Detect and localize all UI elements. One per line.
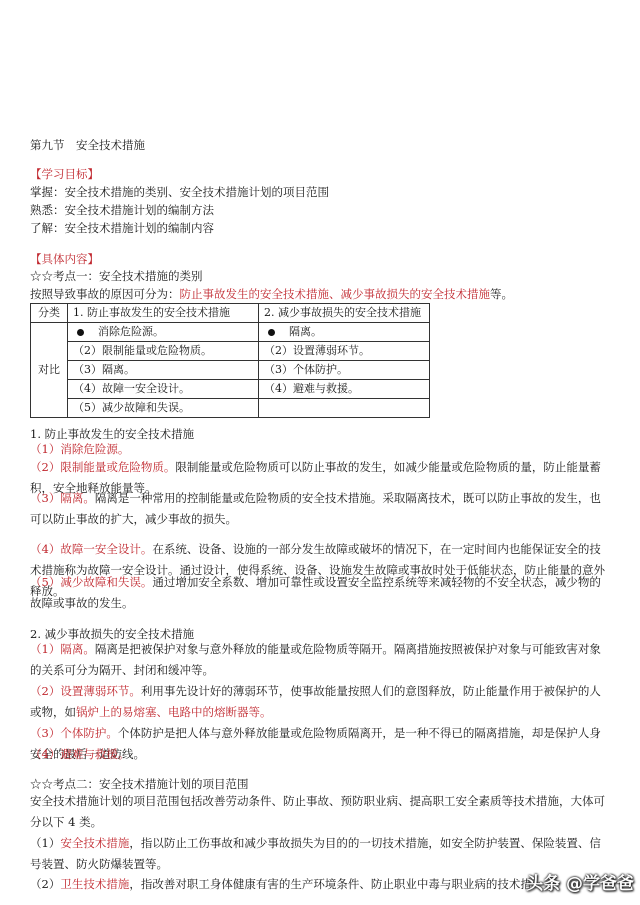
item-text: 隔离是一种常用的控制能量或危险物质的安全技术措施。采取隔离技术，既可以防止事故的…: [30, 491, 601, 526]
header-reduce: 2. 减少事故损失的安全技术措施: [259, 304, 430, 323]
point1-title: ☆☆考点一：安全技术措施的类别: [30, 268, 203, 284]
item-num: （2）: [30, 684, 60, 698]
item-term: 隔离。: [60, 642, 95, 656]
comparison-table: 分类 1. 防止事故发生的安全技术措施 2. 减少事故损失的安全技术措施 对比 …: [30, 303, 430, 418]
item-num: （3）: [30, 491, 60, 505]
sub2-item-1: （1）隔离。隔离是把被保护对象与意外释放的能量或危险物质等隔开。隔离措施按照被保…: [30, 639, 612, 681]
objective-familiar: 熟悉：安全技术措施计划的编制方法: [30, 202, 214, 218]
item-num: （1）: [30, 642, 60, 656]
watermark: 头条 @学爸爸: [526, 869, 634, 894]
item-text: ，指改善对职工身体健康有害的生产环境条件、防止职业中毒与职业病的技术措施等。: [129, 877, 530, 891]
item-term: 故障一安全设计。: [60, 542, 152, 556]
table-cell: 隔离。: [259, 323, 430, 342]
item-term: 限制能量或危险物质。: [60, 460, 175, 474]
cell-text: 消除危险源。: [98, 325, 164, 338]
point2-intro: 安全技术措施计划的项目范围包括改善劳动条件、防止事故、预防职业病、提高职工安全素…: [30, 791, 612, 833]
point2-item-1: （1）安全技术措施，指以防止工伤事故和减少事故损失为目的的一切技术措施，如安全防…: [30, 833, 612, 875]
item-term: 隔离。: [60, 491, 95, 505]
point2-item-2: （2）卫生技术措施，指改善对职工身体健康有害的生产环境条件、防止职业中毒与职业病…: [30, 876, 530, 892]
item-num: （4）: [30, 542, 60, 556]
point2-title: ☆☆考点二：安全技术措施计划的项目范围: [30, 776, 249, 792]
content-heading: 【具体内容】: [30, 251, 99, 267]
intro-suffix: 等。: [490, 287, 513, 301]
header-category: 分类: [31, 304, 68, 323]
bullet-icon: [268, 329, 275, 336]
table-row: （5）减少故障和失误。: [31, 399, 430, 418]
sub1-item-5: （5）减少故障和失误。通过增加安全系数、增加可靠性或设置安全监控系统等来减轻物的…: [30, 572, 612, 614]
header-prevent: 1. 防止事故发生的安全技术措施: [68, 304, 259, 323]
item-term: 消除危险源。: [60, 442, 129, 456]
intro-highlight: 防止事故发生的安全技术措施、减少事故损失的安全技术措施: [180, 287, 491, 301]
table-cell: （4）避难与救援。: [259, 380, 430, 399]
sub2-item-4: （4）避难与救援。: [30, 744, 612, 765]
item-num: （2）: [30, 460, 60, 474]
table-cell: [259, 399, 430, 418]
sub2-item-2: （2）设置薄弱环节。利用事先设计好的薄弱环节，使事故能量按照人们的意图释放，防止…: [30, 681, 612, 723]
item-term: 设置薄弱环节。: [60, 684, 141, 698]
objective-understand: 了解：安全技术措施计划的编制内容: [30, 220, 214, 236]
table-cell: （3）隔离。: [68, 361, 259, 380]
item-term: 卫生技术措施: [60, 877, 129, 891]
item-num: （4）: [30, 747, 60, 761]
bullet-icon: [77, 329, 84, 336]
table-cell: （5）减少故障和失误。: [68, 399, 259, 418]
item-num: （3）: [30, 726, 60, 740]
table-cell: 消除危险源。: [68, 323, 259, 342]
section-title: 第九节 安全技术措施: [30, 137, 145, 153]
intro-prefix: 按照导致事故的原因可分为：: [30, 287, 180, 301]
table-row: （3）隔离。 （3）个体防护。: [31, 361, 430, 380]
item-tail-highlight: 锅炉上的易熔塞、电路中的熔断器等。: [76, 705, 272, 719]
table-row: （4）故障一安全设计。 （4）避难与救援。: [31, 380, 430, 399]
item-num: （1）: [30, 442, 60, 456]
item-term: 避难与救援。: [60, 747, 129, 761]
item-num: （1）: [30, 836, 60, 850]
document-page: 第九节 安全技术措施 【学习目标】 掌握：安全技术措施的类别、安全技术措施计划的…: [0, 0, 640, 905]
row-label-compare: 对比: [31, 323, 68, 418]
table-row: （2）限制能量或危险物质。 （2）设置薄弱环节。: [31, 342, 430, 361]
point1-intro: 按照导致事故的原因可分为：防止事故发生的安全技术措施、减少事故损失的安全技术措施…: [30, 286, 513, 302]
item-term: 个体防护。: [60, 726, 118, 740]
objectives-heading: 【学习目标】: [30, 166, 99, 182]
item-num: （5）: [30, 575, 60, 589]
table-cell: （2）设置薄弱环节。: [259, 342, 430, 361]
item-num: （2）: [30, 877, 60, 891]
table-row: 对比 消除危险源。 隔离。: [31, 323, 430, 342]
item-term: 安全技术措施: [60, 836, 129, 850]
cell-text: 隔离。: [289, 325, 322, 338]
item-term: 减少故障和失误。: [60, 575, 152, 589]
item-text: 隔离是把被保护对象与意外释放的能量或危险物质等隔开。隔离措施按照被保护对象与可能…: [30, 642, 601, 677]
table-cell: （4）故障一安全设计。: [68, 380, 259, 399]
table-cell: （3）个体防护。: [259, 361, 430, 380]
objective-master: 掌握：安全技术措施的类别、安全技术措施计划的项目范围: [30, 184, 329, 200]
table-cell: （2）限制能量或危险物质。: [68, 342, 259, 361]
table-header-row: 分类 1. 防止事故发生的安全技术措施 2. 减少事故损失的安全技术措施: [31, 304, 430, 323]
sub1-item-3: （3）隔离。隔离是一种常用的控制能量或危险物质的安全技术措施。采取隔离技术，既可…: [30, 488, 612, 530]
